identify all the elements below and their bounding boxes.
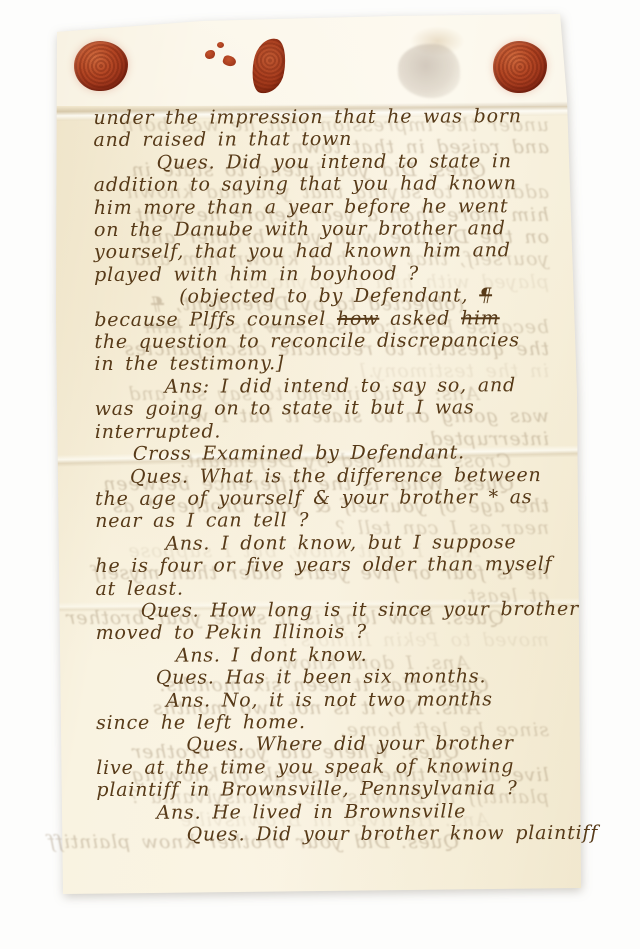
handwritten-text: Ques. What is the difference between <box>130 464 542 488</box>
handwritten-line: the question to reconcile discrepancies <box>94 329 556 353</box>
handwritten-line: Ques. Did your brother know plaintiff <box>97 822 559 846</box>
handwritten-text: live at the time you speak of knowing <box>96 755 514 779</box>
handwritten-line: the age of yourself & your brother * as <box>95 486 557 510</box>
handwritten-line: moved to Pekin Illinois ? <box>96 620 558 644</box>
handwritten-line: Ans. He lived in Brownsville <box>96 800 558 824</box>
handwritten-line: was going on to state it but I was <box>95 396 557 420</box>
handwritten-line: in the testimony.] <box>94 351 556 375</box>
handwritten-line: (objected to by Defendant, ¶ <box>94 284 556 308</box>
handwritten-text: played with him in boyhood ? <box>94 262 419 285</box>
handwritten-line: Ques. What is the difference between <box>95 463 557 487</box>
scanned-document-page: under the impression that he was bornand… <box>0 0 640 949</box>
handwritten-line: Ans. I dont know. <box>96 643 558 667</box>
handwritten-line: on the Danube with your brother and <box>94 217 556 241</box>
handwritten-text: Ques. Did you intend to state in <box>157 150 512 174</box>
handwritten-text: because Plffs counsel <box>94 308 337 331</box>
handwritten-line: addition to saying that you had known <box>94 172 556 196</box>
handwritten-text: Ques. Where did your brother <box>186 733 514 756</box>
handwritten-line: Ques. Did you intend to state in <box>94 150 556 174</box>
handwritten-line: played with him in boyhood ? <box>94 262 556 286</box>
handwritten-line: plaintiff in Brownsville, Pennsylvania ? <box>96 777 558 801</box>
handwritten-line: he is four or five years older than myse… <box>95 553 557 577</box>
wax-fragment <box>217 42 224 48</box>
handwritten-text: addition to saying that you had known <box>94 172 517 196</box>
handwritten-line: because Plffs counsel how asked him <box>94 307 556 331</box>
handwritten-text: he is four or five years older than myse… <box>95 553 552 577</box>
wax-fragment <box>205 50 215 59</box>
handwritten-line: Ans. I dont know, but I suppose <box>95 531 557 555</box>
handwritten-line: yourself, that you had known him and <box>94 239 556 263</box>
handwritten-text: the question to reconcile discrepancies <box>94 329 520 353</box>
manuscript-text: under the impression that he was bornand… <box>93 105 558 846</box>
handwritten-line: Ans. No, it is not two months <box>96 688 558 712</box>
handwritten-text: Ans. He lived in Brownsville <box>156 800 466 823</box>
handwritten-text: Ans. I dont know. <box>176 644 368 667</box>
handwritten-text: interrupted. <box>95 420 222 443</box>
handwritten-text: near as I can tell ? <box>95 509 309 532</box>
handwritten-text: at least. <box>95 577 183 599</box>
handwritten-text: him more than a year before he went <box>94 195 509 219</box>
wax-seal-fragments <box>203 40 239 70</box>
handwritten-text: Ans. I dont know, but I suppose <box>165 531 516 555</box>
handwritten-line: and raised in that town <box>93 127 555 151</box>
handwritten-text: under the impression that he was born <box>93 105 521 129</box>
handwritten-text: Ques. Has it been six months. <box>156 665 486 688</box>
handwritten-text: in the testimony.] <box>94 353 284 376</box>
handwritten-line: Ques. How long is it since your brother <box>96 598 558 622</box>
handwritten-text: since he left home. <box>96 711 306 734</box>
handwritten-line: Ans: I did intend to say so, and <box>95 374 557 398</box>
handwritten-line: live at the time you speak of knowing <box>96 755 558 779</box>
struck-out-word: how <box>337 307 379 329</box>
handwritten-text: Cross Examined by Defendant. <box>133 441 465 464</box>
handwritten-text: was going on to state it but I was <box>95 397 475 421</box>
struck-out-word: him <box>461 307 500 329</box>
handwritten-line: under the impression that he was born <box>93 105 555 129</box>
handwritten-text: on the Danube with your brother and <box>94 217 506 241</box>
handwritten-line: near as I can tell ? <box>95 508 557 532</box>
handwritten-text: plaintiff in Brownsville, Pennsylvania ? <box>96 777 517 801</box>
handwritten-text: (objected to by Defendant, <box>179 285 479 308</box>
handwritten-text: the age of yourself & your brother * as <box>95 486 532 510</box>
handwritten-text: moved to Pekin Illinois ? <box>96 621 367 644</box>
handwritten-line: him more than a year before he went <box>94 195 556 219</box>
handwritten-text: Ans: I did intend to say so, and <box>165 374 516 398</box>
wax-seal-faded <box>398 44 460 98</box>
struck-out-word: ¶ <box>479 285 492 307</box>
handwritten-text: and raised in that town <box>93 128 352 151</box>
handwritten-line: since he left home. <box>96 710 558 734</box>
handwritten-text: asked <box>379 307 461 329</box>
handwritten-line: Cross Examined by Defendant. <box>95 441 557 465</box>
handwritten-text: Ques. How long is it since your brother <box>141 598 579 622</box>
handwritten-line: at least. <box>95 576 557 600</box>
handwritten-line: interrupted. <box>95 419 557 443</box>
handwritten-text: Ques. Did your brother know plaintiff <box>187 822 599 846</box>
handwritten-line: Ques. Where did your brother <box>96 732 558 756</box>
handwritten-text: Ans. No, it is not two months <box>166 688 493 711</box>
handwritten-text: yourself, that you had known him and <box>94 240 511 264</box>
handwritten-line: Ques. Has it been six months. <box>96 665 558 689</box>
wax-fragment <box>222 54 238 68</box>
